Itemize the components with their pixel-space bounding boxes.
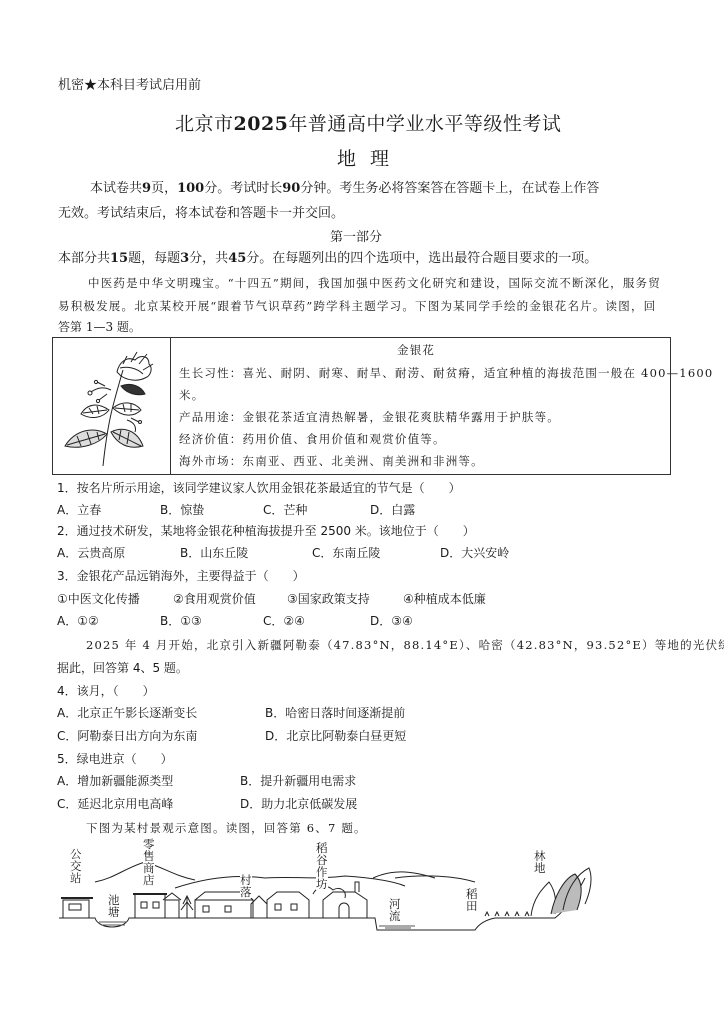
- label-rice-field: 稻田: [466, 888, 478, 912]
- q3-statement-3: ③国家政策支持: [287, 592, 370, 607]
- q3-option-c: C．②④: [263, 614, 305, 629]
- card-value: 经济价值：药用价值、食用价值和观赏价值等。: [179, 432, 446, 447]
- title-prefix: 北京市: [175, 113, 234, 135]
- q2-option-b: B．山东丘陵: [180, 546, 248, 561]
- question-5-stem: 5．绿电进京（ ）: [57, 752, 173, 767]
- subject-title: 地理: [337, 147, 403, 171]
- q1-option-b: B．惊蛰: [160, 503, 204, 518]
- card-growth-line2: 米。: [179, 388, 204, 403]
- text: 分，共: [189, 251, 228, 266]
- passage2-line1: 2025 年 4 月开始，北京引入新疆阿勒泰（47.83°N，88.14°E）、…: [86, 638, 724, 653]
- card-market: 海外市场：东南亚、西亚、北美洲、南美洲和非洲等。: [179, 454, 484, 469]
- title-suffix: 年普通高中学业水平等级性考试: [288, 113, 561, 135]
- total-score: 100: [177, 181, 204, 196]
- text: 页，: [151, 181, 177, 196]
- question-2-stem: 2．通过技术研发，某地将金银花种植海拔提升至 2500 米。该地位于（ ）: [57, 524, 475, 539]
- label-river: 河流: [389, 898, 401, 922]
- instructions-line1: 本试卷共9页，100分。考试时长90分钟。考生务必将答案答在答题卡上，在试卷上作…: [90, 181, 599, 197]
- part-total: 45: [228, 251, 246, 266]
- instructions-line2: 无效。考试结束后，将本试卷和答题卡一并交回。: [58, 206, 344, 222]
- passage1-line1: 中医药是中华文明瑰宝。“十四五”期间，我国加强中医药文化研究和建设，国际交流不断…: [88, 276, 661, 291]
- q3-option-b: B．①③: [160, 614, 202, 629]
- label-retail-store: 零售商店: [143, 838, 155, 886]
- q3-statement-1: ①中医文化传播: [57, 592, 140, 607]
- passage1-line3: 答第 1—3 题。: [58, 320, 141, 335]
- label-grain-workshop: 稻谷作坊: [316, 842, 328, 890]
- q1-option-c: C．芒种: [263, 503, 307, 518]
- label-woodland: 林地: [534, 850, 546, 874]
- text: 分。考试时长: [204, 181, 282, 196]
- text: 分钟。考生务必将答案答在答题卡上，在试卷上作答: [300, 181, 599, 196]
- part1-heading: 第一部分: [330, 230, 382, 246]
- q5-option-c: C．延迟北京用电高峰: [57, 797, 173, 812]
- q5-option-d: D．助力北京低碳发展: [240, 797, 357, 812]
- duration: 90: [282, 181, 300, 196]
- q3-statement-4: ④种植成本低廉: [403, 592, 486, 607]
- q3-option-a: A．①②: [57, 614, 99, 629]
- question-count: 15: [110, 251, 128, 266]
- village-landscape-diagram: 公交站 零售商店 池塘 村落 稻谷作坊 河流 稻田 林地: [55, 838, 595, 938]
- text: 本试卷共: [90, 181, 142, 196]
- q4-option-d: D．北京比阿勒泰白昼更短: [265, 729, 406, 744]
- card-growth-line1: 生长习性：喜光、耐阴、耐寒、耐旱、耐涝、耐贫瘠，适宜种植的海拔范围一般在 400…: [179, 366, 713, 381]
- q4-option-a: A．北京正午影长逐渐变长: [57, 706, 197, 721]
- passage3-line1: 下图为某村景观示意图。读图，回答第 6、7 题。: [86, 821, 367, 836]
- honeysuckle-illustration: [57, 342, 165, 470]
- passage2-line2: 据此，回答第 4、5 题。: [57, 661, 188, 676]
- question-3-stem: 3．金银花产品远销海外，主要得益于（ ）: [57, 569, 305, 584]
- q3-option-d: D．③④: [370, 614, 413, 629]
- label-village: 村落: [240, 874, 252, 898]
- card-divider: [170, 338, 171, 474]
- q1-option-d: D．白露: [370, 503, 415, 518]
- title-year: 2025: [234, 113, 289, 135]
- q3-statement-2: ②食用观赏价值: [173, 592, 256, 607]
- q2-option-c: C．东南丘陵: [312, 546, 380, 561]
- question-4-stem: 4．该月，（ ）: [57, 684, 155, 699]
- honeysuckle-plant-icon: [57, 342, 165, 470]
- part1-intro: 本部分共15题，每题3分，共45分。在每题列出的四个选项中，选出最符合题目要求的…: [58, 251, 597, 267]
- text: 分。在每题列出的四个选项中，选出最符合题目要求的一项。: [246, 251, 597, 266]
- q5-option-a: A．增加新疆能源类型: [57, 774, 173, 789]
- confidential-label: 机密★本科目考试启用前: [58, 78, 201, 94]
- text: 本部分共: [58, 251, 110, 266]
- card-use: 产品用途：金银花茶适宜清热解暑，金银花爽肤精华露用于护肤等。: [179, 410, 560, 425]
- card-title: 金银花: [397, 343, 435, 358]
- question-1-stem: 1．按名片所示用途，该同学建议家人饮用金银花茶最适宜的节气是（ ）: [57, 481, 461, 496]
- label-pond: 池塘: [108, 894, 120, 918]
- q2-option-a: A．云贵高原: [57, 546, 125, 561]
- q5-option-b: B．提升新疆用电需求: [240, 774, 356, 789]
- q1-option-a: A．立春: [57, 503, 101, 518]
- honeysuckle-card: 金银花 生长习性：喜光、耐阴、耐寒、耐旱、耐涝、耐贫瘠，适宜种植的海拔范围一般在…: [52, 337, 671, 475]
- q4-option-b: B．哈密日落时间逐渐提前: [265, 706, 405, 721]
- exam-title: 北京市2025年普通高中学业水平等级性考试: [175, 112, 561, 136]
- passage1-line2: 易积极发展。北京某校开展“跟着节气识草药”跨学科主题学习。下图为某同学手绘的金银…: [58, 299, 656, 314]
- score-each: 3: [180, 251, 189, 266]
- page-count: 9: [142, 181, 151, 196]
- q4-option-c: C．阿勒泰日出方向为东南: [57, 729, 197, 744]
- label-bus-stop: 公交站: [70, 848, 82, 884]
- text: 题，每题: [128, 251, 180, 266]
- q2-option-d: D．大兴安岭: [440, 546, 509, 561]
